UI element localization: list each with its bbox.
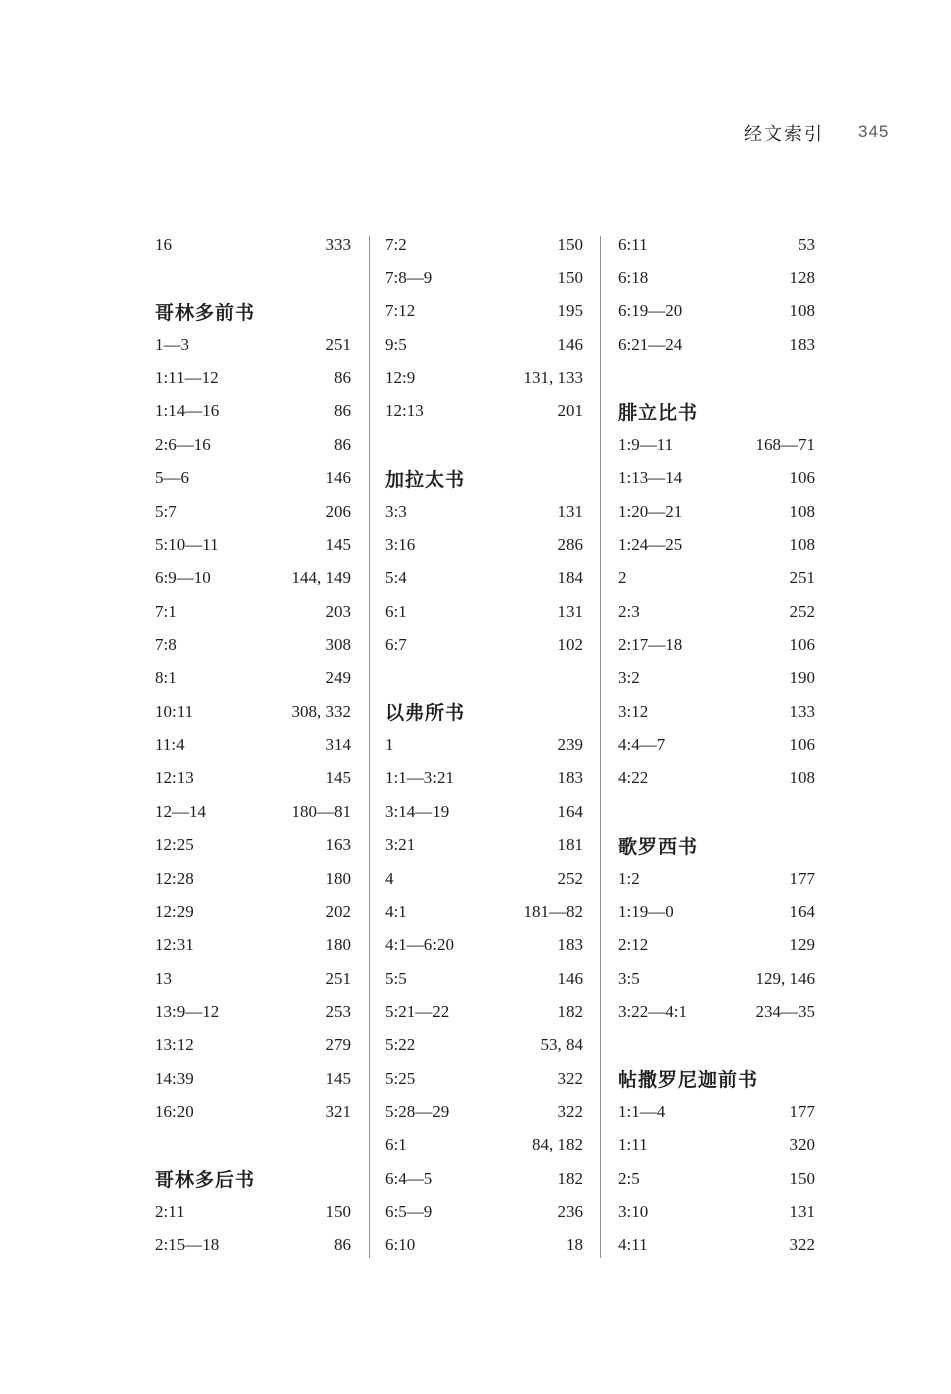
scripture-reference: 12:29 <box>155 902 194 922</box>
page-reference: 164 <box>790 902 816 922</box>
scripture-reference: 10:11 <box>155 702 193 722</box>
index-entry: 11:4314 <box>155 728 351 761</box>
scripture-reference: 2:15—18 <box>155 1235 219 1255</box>
index-entry: 3:22—4:1234—35 <box>618 995 815 1028</box>
scripture-reference: 9:5 <box>385 335 407 355</box>
page-reference: 308 <box>326 635 352 655</box>
spacer-row <box>385 662 583 695</box>
page-reference: 333 <box>326 235 352 255</box>
index-entry: 7:8—9150 <box>385 261 583 294</box>
index-entry: 12:9131, 133 <box>385 361 583 394</box>
index-entry: 4:1—6:20183 <box>385 929 583 962</box>
page-reference: 108 <box>790 502 816 522</box>
scripture-reference: 1:13—14 <box>618 468 682 488</box>
index-entry: 14:39145 <box>155 1062 351 1095</box>
page-reference: 322 <box>558 1069 584 1089</box>
scripture-reference: 1—3 <box>155 335 189 355</box>
index-entry: 6:9—10144, 149 <box>155 562 351 595</box>
scripture-reference: 3:10 <box>618 1202 648 1222</box>
scripture-reference: 2:12 <box>618 935 648 955</box>
page-reference: 164 <box>558 802 584 822</box>
page-reference: 314 <box>326 735 352 755</box>
page-reference: 84, 182 <box>532 1135 583 1155</box>
page-reference: 53 <box>798 235 815 255</box>
page-reference: 322 <box>558 1102 584 1122</box>
page-reference: 320 <box>790 1135 816 1155</box>
scripture-reference: 1:2 <box>618 869 640 889</box>
page-reference: 86 <box>334 368 351 388</box>
scripture-reference: 2:11 <box>155 1202 185 1222</box>
scripture-reference: 5:22 <box>385 1035 415 1055</box>
book-name: 帖撒罗尼迦前书 <box>618 1065 758 1092</box>
spacer-row <box>618 795 815 828</box>
index-entry: 10:11308, 332 <box>155 695 351 728</box>
scripture-reference: 6:5—9 <box>385 1202 432 1222</box>
scripture-reference: 4:1—6:20 <box>385 935 454 955</box>
scripture-reference: 8:1 <box>155 668 177 688</box>
scripture-reference: 13:12 <box>155 1035 194 1055</box>
page-reference: 168—71 <box>756 435 816 455</box>
index-entry: 12:29202 <box>155 895 351 928</box>
page-reference: 253 <box>326 1002 352 1022</box>
page-reference: 201 <box>558 401 584 421</box>
page-reference: 150 <box>558 235 584 255</box>
index-entry: 2:3252 <box>618 595 815 628</box>
index-entry: 1:9—11168—71 <box>618 428 815 461</box>
scripture-reference: 3:5 <box>618 969 640 989</box>
scripture-reference: 7:2 <box>385 235 407 255</box>
scripture-reference: 3:16 <box>385 535 415 555</box>
scripture-reference: 4:11 <box>618 1235 648 1255</box>
index-entry: 6:18128 <box>618 261 815 294</box>
page-reference: 129, 146 <box>756 969 816 989</box>
index-entry: 6:5—9236 <box>385 1195 583 1228</box>
index-entry: 4:11322 <box>618 1229 815 1262</box>
scripture-reference: 13:9—12 <box>155 1002 219 1022</box>
scripture-reference: 2:6—16 <box>155 435 211 455</box>
index-entry: 3:3131 <box>385 495 583 528</box>
page-reference: 181 <box>558 835 584 855</box>
index-entry: 5—6146 <box>155 462 351 495</box>
index-column-3: 6:11536:181286:19—201086:21—24183腓立比书1:9… <box>618 228 815 1262</box>
book-heading: 以弗所书 <box>385 695 583 728</box>
index-entry: 5:21—22182 <box>385 995 583 1028</box>
book-heading: 帖撒罗尼迦前书 <box>618 1062 815 1095</box>
page-reference: 206 <box>326 502 352 522</box>
scripture-reference: 5:21—22 <box>385 1002 449 1022</box>
page-reference: 150 <box>790 1169 816 1189</box>
page-reference: 190 <box>790 668 816 688</box>
spacer-row <box>155 1129 351 1162</box>
index-entry: 4:22108 <box>618 762 815 795</box>
scripture-reference: 4:4—7 <box>618 735 665 755</box>
index-entry: 3:12133 <box>618 695 815 728</box>
scripture-reference: 12:13 <box>155 768 194 788</box>
page-reference: 86 <box>334 1235 351 1255</box>
page-reference: 234—35 <box>756 1002 816 1022</box>
page-reference: 180 <box>326 869 352 889</box>
scripture-reference: 12:13 <box>385 401 424 421</box>
index-entry: 3:10131 <box>618 1195 815 1228</box>
index-entry: 2:15—1886 <box>155 1229 351 1262</box>
index-entry: 12:13145 <box>155 762 351 795</box>
index-entry: 16:20321 <box>155 1095 351 1128</box>
index-entry: 1:11—1286 <box>155 361 351 394</box>
scripture-reference: 6:9—10 <box>155 568 211 588</box>
index-entry: 2:6—1686 <box>155 428 351 461</box>
index-entry: 6:1131 <box>385 595 583 628</box>
page-reference: 145 <box>326 768 352 788</box>
scripture-reference: 13 <box>155 969 172 989</box>
page-reference: 146 <box>326 468 352 488</box>
index-entry: 6:7102 <box>385 628 583 661</box>
page-reference: 252 <box>790 602 816 622</box>
scripture-reference: 6:11 <box>618 235 648 255</box>
page-reference: 129 <box>790 935 816 955</box>
page-reference: 106 <box>790 468 816 488</box>
page-number: 345 <box>858 122 889 142</box>
index-entry: 3:21181 <box>385 828 583 861</box>
scripture-reference: 16 <box>155 235 172 255</box>
column-divider-1 <box>369 236 370 1258</box>
index-entry: 5:5146 <box>385 962 583 995</box>
page-reference: 145 <box>326 1069 352 1089</box>
scripture-reference: 4:22 <box>618 768 648 788</box>
page-reference: 203 <box>326 602 352 622</box>
index-entry: 2:12129 <box>618 929 815 962</box>
scripture-reference: 2:17—18 <box>618 635 682 655</box>
page-reference: 182 <box>558 1002 584 1022</box>
page-reference: 236 <box>558 1202 584 1222</box>
index-entry: 7:8308 <box>155 628 351 661</box>
page-reference: 108 <box>790 768 816 788</box>
scripture-reference: 1:11—12 <box>155 368 219 388</box>
spacer-row <box>618 361 815 394</box>
index-entry: 1:14—1686 <box>155 395 351 428</box>
scripture-reference: 3:3 <box>385 502 407 522</box>
index-entry: 1—3251 <box>155 328 351 361</box>
page-header-title: 经文索引 <box>744 120 824 146</box>
scripture-reference: 1:11 <box>618 1135 648 1155</box>
scripture-reference: 6:7 <box>385 635 407 655</box>
index-entry: 13:9—12253 <box>155 995 351 1028</box>
page-reference: 321 <box>326 1102 352 1122</box>
page-reference: 131, 133 <box>524 368 584 388</box>
index-entry: 13251 <box>155 962 351 995</box>
index-entry: 2:17—18106 <box>618 628 815 661</box>
index-entry: 1239 <box>385 728 583 761</box>
index-entry: 2:11150 <box>155 1195 351 1228</box>
page-reference: 180—81 <box>292 802 352 822</box>
index-entry: 13:12279 <box>155 1029 351 1062</box>
page-reference: 133 <box>790 702 816 722</box>
page-reference: 202 <box>326 902 352 922</box>
index-entry: 1:19—0164 <box>618 895 815 928</box>
page-reference: 102 <box>558 635 584 655</box>
page-reference: 108 <box>790 535 816 555</box>
book-heading: 腓立比书 <box>618 395 815 428</box>
page-reference: 150 <box>558 268 584 288</box>
index-entry: 6:4—5182 <box>385 1162 583 1195</box>
index-entry: 1:13—14106 <box>618 462 815 495</box>
page-reference: 249 <box>326 668 352 688</box>
page-reference: 182 <box>558 1169 584 1189</box>
index-entry: 2:5150 <box>618 1162 815 1195</box>
scripture-reference: 1:14—16 <box>155 401 219 421</box>
page-reference: 18 <box>566 1235 583 1255</box>
spacer-row <box>155 261 351 294</box>
book-name: 歌罗西书 <box>618 832 698 859</box>
page-reference: 239 <box>558 735 584 755</box>
scripture-reference: 11:4 <box>155 735 185 755</box>
page-reference: 131 <box>558 602 584 622</box>
page-reference: 181—82 <box>524 902 584 922</box>
scripture-reference: 12:31 <box>155 935 194 955</box>
index-entry: 6:1018 <box>385 1229 583 1262</box>
index-entry: 12—14180—81 <box>155 795 351 828</box>
index-column-1: 16333哥林多前书1—32511:11—12861:14—16862:6—16… <box>155 228 351 1262</box>
index-entry: 6:1153 <box>618 228 815 261</box>
index-entry: 5:25322 <box>385 1062 583 1095</box>
book-heading: 哥林多前书 <box>155 295 351 328</box>
book-name: 哥林多后书 <box>155 1165 255 1192</box>
scripture-reference: 4 <box>385 869 394 889</box>
book-name: 腓立比书 <box>618 398 698 425</box>
index-entry: 1:1—4177 <box>618 1095 815 1128</box>
index-entry: 3:5129, 146 <box>618 962 815 995</box>
index-entry: 3:2190 <box>618 662 815 695</box>
index-entry: 12:25163 <box>155 828 351 861</box>
page-reference: 131 <box>558 502 584 522</box>
page-reference: 184 <box>558 568 584 588</box>
index-entry: 3:16286 <box>385 528 583 561</box>
book-heading: 加拉太书 <box>385 462 583 495</box>
page-reference: 279 <box>326 1035 352 1055</box>
scripture-reference: 5:4 <box>385 568 407 588</box>
page-reference: 86 <box>334 401 351 421</box>
index-entry: 4:4—7106 <box>618 728 815 761</box>
index-entry: 6:184, 182 <box>385 1129 583 1162</box>
page-reference: 144, 149 <box>292 568 352 588</box>
column-divider-2 <box>600 236 601 1258</box>
spacer-row <box>618 1029 815 1062</box>
index-entry: 7:1203 <box>155 595 351 628</box>
scripture-reference: 14:39 <box>155 1069 194 1089</box>
scripture-reference: 6:4—5 <box>385 1169 432 1189</box>
scripture-reference: 2 <box>618 568 627 588</box>
page-reference: 86 <box>334 435 351 455</box>
scripture-reference: 6:21—24 <box>618 335 682 355</box>
index-entry: 1:11320 <box>618 1129 815 1162</box>
scripture-reference: 7:1 <box>155 602 177 622</box>
page-reference: 195 <box>558 301 584 321</box>
scripture-reference: 7:8—9 <box>385 268 432 288</box>
page-reference: 251 <box>790 568 816 588</box>
scripture-reference: 1:1—4 <box>618 1102 665 1122</box>
scripture-reference: 3:2 <box>618 668 640 688</box>
page-reference: 177 <box>790 1102 816 1122</box>
index-entry: 3:14—19164 <box>385 795 583 828</box>
page-reference: 131 <box>790 1202 816 1222</box>
scripture-reference: 12—14 <box>155 802 206 822</box>
page-reference: 108 <box>790 301 816 321</box>
scripture-reference: 5—6 <box>155 468 189 488</box>
index-entry: 1:1—3:21183 <box>385 762 583 795</box>
scripture-reference: 12:28 <box>155 869 194 889</box>
scripture-reference: 5:25 <box>385 1069 415 1089</box>
index-entry: 5:2253, 84 <box>385 1029 583 1062</box>
page-reference: 128 <box>790 268 816 288</box>
index-entry: 5:28—29322 <box>385 1095 583 1128</box>
book-name: 加拉太书 <box>385 465 465 492</box>
book-heading: 歌罗西书 <box>618 828 815 861</box>
index-entry: 4252 <box>385 862 583 895</box>
index-entry: 1:20—21108 <box>618 495 815 528</box>
scripture-reference: 3:21 <box>385 835 415 855</box>
index-entry: 7:2150 <box>385 228 583 261</box>
index-entry: 1:2177 <box>618 862 815 895</box>
index-entry: 4:1181—82 <box>385 895 583 928</box>
index-entry: 7:12195 <box>385 295 583 328</box>
scripture-reference: 1:19—0 <box>618 902 674 922</box>
scripture-reference: 7:12 <box>385 301 415 321</box>
page-reference: 106 <box>790 735 816 755</box>
index-column-2: 7:21507:8—91507:121959:514612:9131, 1331… <box>385 228 583 1262</box>
index-entry: 1:24—25108 <box>618 528 815 561</box>
scripture-reference: 3:22—4:1 <box>618 1002 687 1022</box>
scripture-reference: 1:24—25 <box>618 535 682 555</box>
scripture-reference: 16:20 <box>155 1102 194 1122</box>
page-reference: 150 <box>326 1202 352 1222</box>
index-entry: 12:13201 <box>385 395 583 428</box>
scripture-reference: 5:10—11 <box>155 535 219 555</box>
page-reference: 286 <box>558 535 584 555</box>
page-reference: 183 <box>790 335 816 355</box>
page-reference: 146 <box>558 335 584 355</box>
scripture-reference: 3:14—19 <box>385 802 449 822</box>
page-reference: 146 <box>558 969 584 989</box>
scripture-reference: 3:12 <box>618 702 648 722</box>
scripture-reference: 5:7 <box>155 502 177 522</box>
page-reference: 252 <box>558 869 584 889</box>
index-entry: 5:7206 <box>155 495 351 528</box>
index-entry: 6:21—24183 <box>618 328 815 361</box>
book-name: 哥林多前书 <box>155 298 255 325</box>
scripture-reference: 5:5 <box>385 969 407 989</box>
page-reference: 177 <box>790 869 816 889</box>
scripture-reference: 5:28—29 <box>385 1102 449 1122</box>
scripture-reference: 6:18 <box>618 268 648 288</box>
index-entry: 6:19—20108 <box>618 295 815 328</box>
page-reference: 183 <box>558 935 584 955</box>
scripture-reference: 6:10 <box>385 1235 415 1255</box>
index-entry: 5:4184 <box>385 562 583 595</box>
index-page: 经文索引 345 16333哥林多前书1—32511:11—12861:14—1… <box>0 0 951 1394</box>
index-entry: 8:1249 <box>155 662 351 695</box>
page-reference: 106 <box>790 635 816 655</box>
scripture-reference: 6:1 <box>385 602 407 622</box>
scripture-reference: 2:5 <box>618 1169 640 1189</box>
page-reference: 53, 84 <box>541 1035 584 1055</box>
scripture-reference: 6:1 <box>385 1135 407 1155</box>
scripture-reference: 12:9 <box>385 368 415 388</box>
scripture-reference: 1 <box>385 735 394 755</box>
page-reference: 251 <box>326 969 352 989</box>
index-entry: 9:5146 <box>385 328 583 361</box>
scripture-reference: 6:19—20 <box>618 301 682 321</box>
page-reference: 145 <box>326 535 352 555</box>
scripture-reference: 1:1—3:21 <box>385 768 454 788</box>
page-reference: 183 <box>558 768 584 788</box>
scripture-reference: 2:3 <box>618 602 640 622</box>
scripture-reference: 7:8 <box>155 635 177 655</box>
scripture-reference: 12:25 <box>155 835 194 855</box>
scripture-reference: 4:1 <box>385 902 407 922</box>
index-entry: 5:10—11145 <box>155 528 351 561</box>
page-reference: 180 <box>326 935 352 955</box>
scripture-reference: 1:9—11 <box>618 435 673 455</box>
index-entry: 12:28180 <box>155 862 351 895</box>
page-reference: 322 <box>790 1235 816 1255</box>
scripture-reference: 1:20—21 <box>618 502 682 522</box>
book-name: 以弗所书 <box>385 698 465 725</box>
book-heading: 哥林多后书 <box>155 1162 351 1195</box>
page-reference: 308, 332 <box>292 702 352 722</box>
index-entry: 2251 <box>618 562 815 595</box>
index-entry: 12:31180 <box>155 929 351 962</box>
page-reference: 251 <box>326 335 352 355</box>
page-reference: 163 <box>326 835 352 855</box>
spacer-row <box>385 428 583 461</box>
index-entry: 16333 <box>155 228 351 261</box>
